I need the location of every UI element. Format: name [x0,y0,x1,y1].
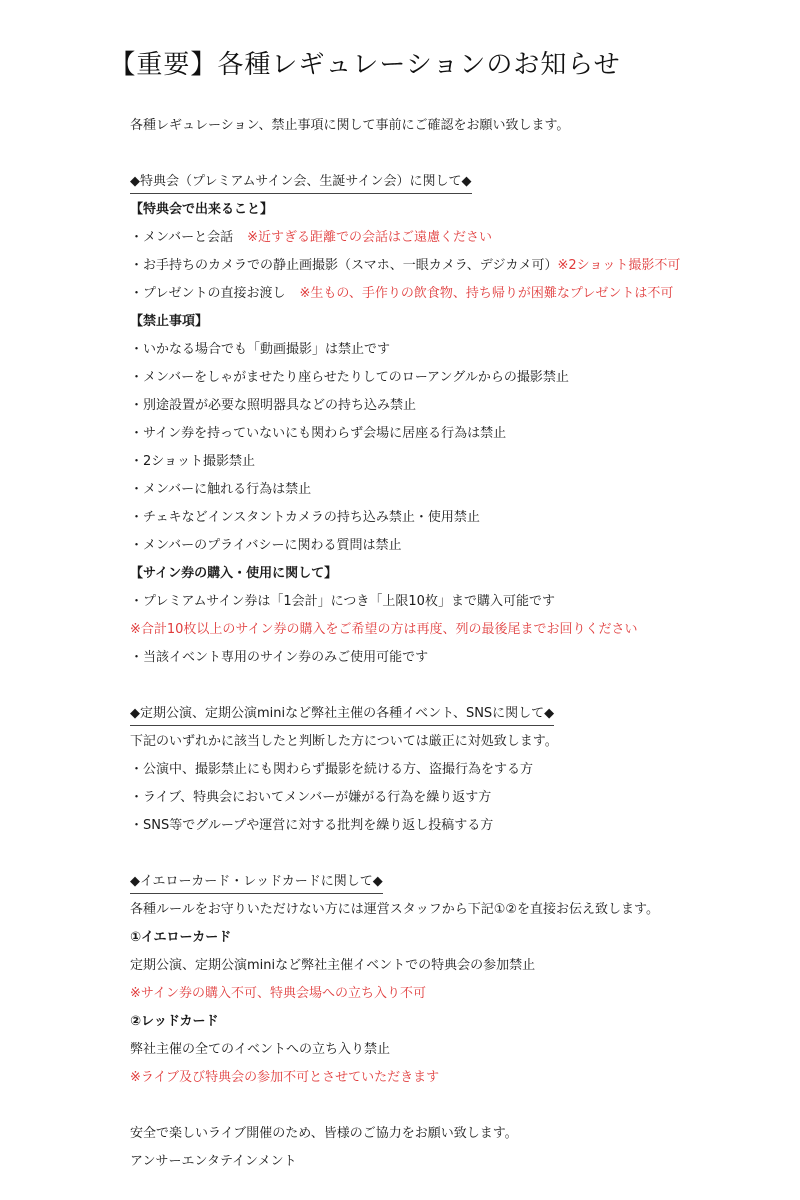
red-card-label: ②レッドカード [130,1008,770,1036]
section-heading-cards: ◆イエローカード・レッドカードに関して◆ [130,872,383,894]
list-item: ・メンバーに触れる行為は禁止 [130,476,770,504]
section-heading-events-sns: ◆定期公演、定期公演miniなど弊社主催の各種イベント、SNSに関して◆ [130,704,554,726]
list-item: ・ライブ、特典会においてメンバーが嫌がる行為を繰り返す方 [130,784,770,812]
list-item: ・チェキなどインスタントカメラの持ち込み禁止・使用禁止 [130,504,770,532]
yellow-card-text: 定期公演、定期公演miniなど弊社主催イベントでの特典会の参加禁止 [130,952,770,980]
list-item: ・メンバーと会話※近すぎる距離での会話はご遠慮ください [130,224,770,252]
list-item: ・公演中、撮影禁止にも関わらず撮影を続ける方、盗撮行為をする方 [130,756,770,784]
intro-text: 各種レギュレーション、禁止事項に関して事前にご確認をお願い致します。 [130,112,770,140]
item-text: ・プレゼントの直接お渡し [130,286,285,301]
document-body: 各種レギュレーション、禁止事項に関して事前にご確認をお願い致します。 ◆特典会（… [130,112,770,1176]
item-note: ※2ショット撮影不可 [557,258,680,273]
section-heading-tokutenkai: ◆特典会（プレミアムサイン会、生誕サイン会）に関して◆ [130,172,472,194]
list-item: ・プレミアムサイン券は「1会計」につき「上限10枚」まで購入可能です [130,588,770,616]
red-card-note: ※ライブ及び特典会の参加不可とさせていただきます [130,1064,770,1092]
yellow-card-note: ※サイン券の購入不可、特典会場への立ち入り不可 [130,980,770,1008]
list-item: ・いかなる場合でも「動画撮影」は禁止です [130,336,770,364]
list-item: ・メンバーをしゃがませたり座らせたりしてのローアングルからの撮影禁止 [130,364,770,392]
closing-text: 安全で楽しいライブ開催のため、皆様のご協力をお願い致します。 [130,1120,770,1148]
list-item: ・SNS等でグループや運営に対する批判を繰り返し投稿する方 [130,812,770,840]
list-item: ・2ショット撮影禁止 [130,448,770,476]
subheading-allowed: 【特典会で出来ること】 [130,196,770,224]
signature: アンサーエンタテインメント [130,1148,770,1176]
item-text: ・メンバーと会話 [130,230,233,245]
subheading-prohibited: 【禁止事項】 [130,308,770,336]
page-title: 【重要】各種レギュレーションのお知らせ [0,44,730,81]
section-lead: 各種ルールをお守りいただけない方には運営スタッフから下記①②を直接お伝え致します… [130,896,770,924]
list-item: ・メンバーのプライバシーに関わる質問は禁止 [130,532,770,560]
item-text: ・お手持ちのカメラでの静止画撮影（スマホ、一眼カメラ、デジカメ可） [130,258,557,273]
list-item: ・別途設置が必要な照明器具などの持ち込み禁止 [130,392,770,420]
yellow-card-label: ①イエローカード [130,924,770,952]
ticket-note: ※合計10枚以上のサイン券の購入をご希望の方は再度、列の最後尾までお回りください [130,616,770,644]
item-note: ※近すぎる距離での会話はご遠慮ください [247,230,492,245]
list-item: ・当該イベント専用のサイン券のみご使用可能です [130,644,770,672]
list-item: ・プレゼントの直接お渡し※生もの、手作りの飲食物、持ち帰りが困難なプレゼントは不… [130,280,770,308]
red-card-text: 弊社主催の全てのイベントへの立ち入り禁止 [130,1036,770,1064]
list-item: ・お手持ちのカメラでの静止画撮影（スマホ、一眼カメラ、デジカメ可）※2ショット撮… [130,252,770,280]
section-lead: 下記のいずれかに該当したと判断した方については厳正に対処致します。 [130,728,770,756]
item-note: ※生もの、手作りの飲食物、持ち帰りが困難なプレゼントは不可 [299,286,673,301]
list-item: ・サイン券を持っていないにも関わらず会場に居座る行為は禁止 [130,420,770,448]
subheading-tickets: 【サイン券の購入・使用に関して】 [130,560,770,588]
